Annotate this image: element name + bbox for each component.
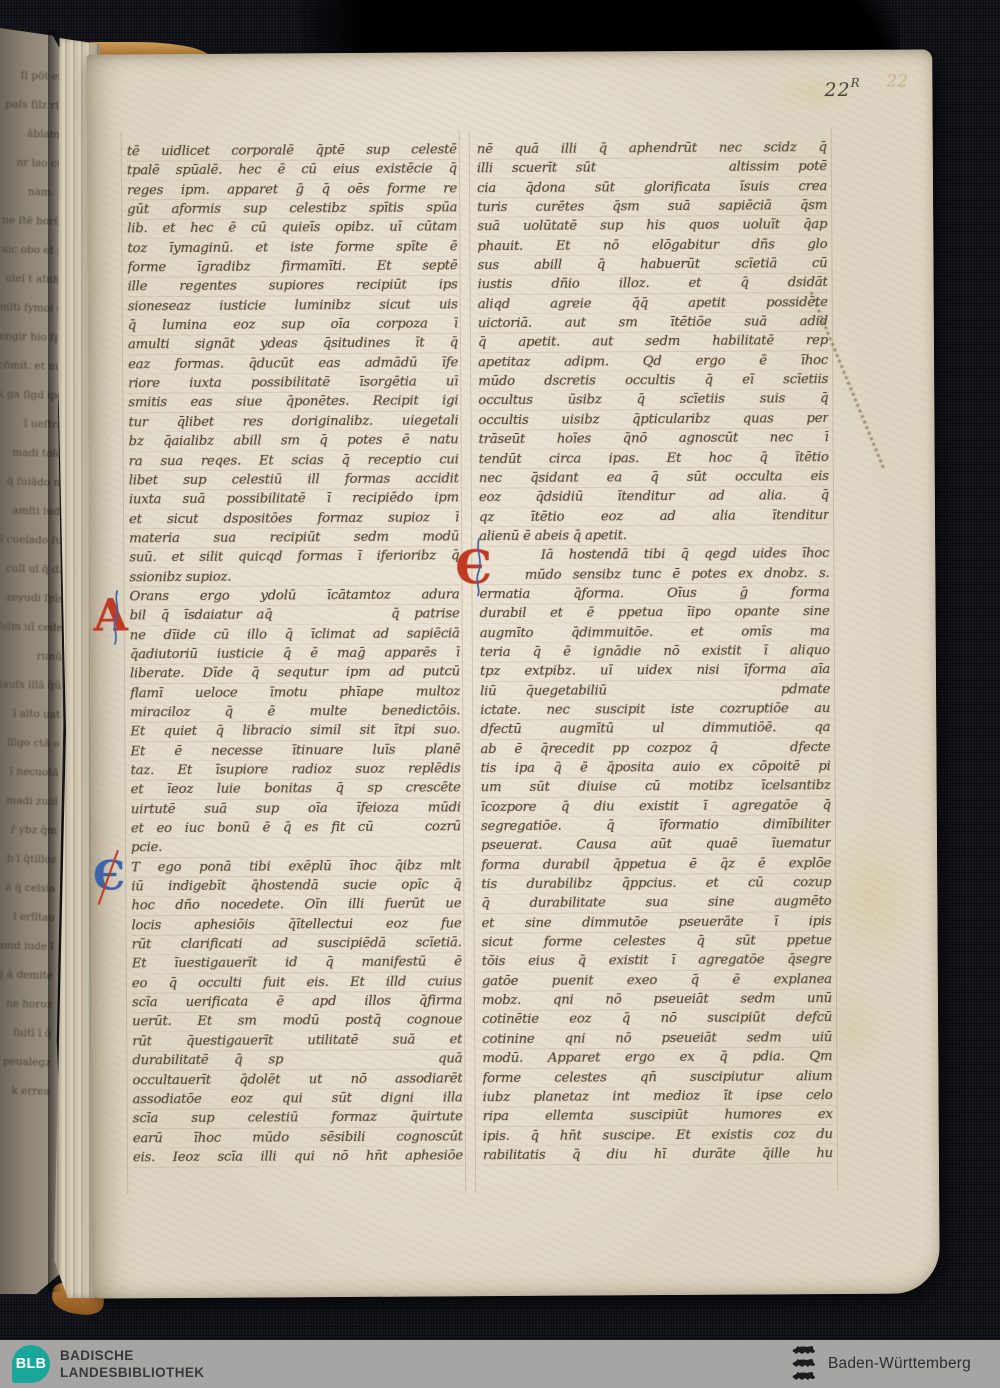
text-line: tendūt circa ipas. Et hoc q̄ ītētio xyxy=(479,448,829,469)
manuscript-page: 22R 22 tē uidlicet corporalē q̄ptē sup c… xyxy=(86,49,940,1298)
text-line: hoc dño nocedete. Oīn illi fuerūt ue xyxy=(131,895,461,916)
text-line: rūt clarificati ad suscipiēdā scīetiā. xyxy=(132,933,462,954)
text-line: tpalē spūalē. hec ē cū eius existēcie q̄ xyxy=(127,160,457,181)
text-column-right: nē quā illi q̄ aphendrūt nec scidz q̄ill… xyxy=(477,138,833,1166)
text-line: riore iuxta possibilitatē īsorgētia uī xyxy=(128,372,458,393)
text-line: ne horoz xyxy=(0,989,53,1020)
text-line: Iā hostendā tibi q̄ qegd uides īhoc xyxy=(479,544,829,565)
text-line: et sicut dspositōes formaz supioz ī xyxy=(129,508,459,529)
text-line: smitis eas siue q̄ponētes. Recipit igi xyxy=(128,392,458,413)
text-line: forme īgradibz firmamīti. Et septē xyxy=(127,256,457,277)
text-line: sioneseaz iusticie luminibz sicut uis xyxy=(128,295,458,316)
text-line: durabilitatē q̄ sp quā xyxy=(132,1049,462,1070)
text-line: aliqd agreie q̄q̄ apetit possidēte xyxy=(478,293,828,314)
text-line: suū. et silit quicqd formas ī iferioribz… xyxy=(129,547,459,568)
library-name: BADISCHE LANDESBIBLIOTHEK xyxy=(60,1347,204,1381)
text-line: ictate. nec suscipit iste cozruptiōe au xyxy=(480,699,830,720)
text-line: um sūt diuise cū motibz īcelsantibz xyxy=(481,776,831,797)
text-line: tōis eius q̄ existit ī agregatōe q̄segre xyxy=(482,950,832,971)
manuscript-scan: ſi pōt emplpaſs ſilz rſtuiſāblamotanr la… xyxy=(0,0,1000,1388)
text-line: q̄ ā demite xyxy=(0,960,53,991)
text-line: et eo iuc bonū ē q̄ es fit cū cozrū xyxy=(131,817,461,838)
text-line: uictoriā. aut sm ītētiōe suā adid xyxy=(478,312,828,333)
text-line: Orans ergo ydolū īcātamtoz adura xyxy=(129,585,459,606)
text-line: scīa uerificata ē apd illos q̄firma xyxy=(132,991,462,1012)
text-line: ermatia q̄forma. Oīus ḡ forma xyxy=(479,583,829,604)
text-line: eoz q̄dsidiū ītenditur ad alia. q̄ xyxy=(479,486,829,507)
text-line: q̄ lumina eoz sup oīa corpoza ī xyxy=(128,314,458,335)
text-line: fuitī ī q̄ xyxy=(0,1018,52,1049)
text-line: scīa sup celestiū formaz q̄uirtute xyxy=(133,1108,463,1129)
text-line: rūt q̄uestigauerīt utilitatē suā et xyxy=(132,1030,462,1051)
text-line: iustis dñio illoz. et q̄ dsidāt xyxy=(478,273,828,294)
text-line: assodiatōe eoz qui sūt digni illa xyxy=(133,1088,463,1109)
text-line: segregatiōe. q̄ īformatio dimībiliter xyxy=(481,815,831,836)
text-line: tur q̄libet res doriginalibz. uiegetali xyxy=(128,411,458,432)
text-line: durabil et ē ppetua īipo opante sine xyxy=(480,602,830,623)
folio-number-ghost: 22 xyxy=(886,72,908,92)
text-line: ra sua reqes. Et scias q̄ receptio cui xyxy=(129,450,459,471)
text-line: et īeoz luie bonitas q̄ sp crescēte xyxy=(131,779,461,800)
text-line: suā uolūtatē sup his quos uoluīt q̄ap xyxy=(477,215,827,236)
text-line: Et quiet q̄ libracio simil sit ītpi suo. xyxy=(130,721,460,742)
text-line: eo q̄ occulti fuit eis. Et illd cuius xyxy=(132,972,462,993)
text-line: q̄ durabilitate sua sine augmēto xyxy=(481,892,831,913)
text-line: locis aphesiōis q̄ītellectui eoz fue xyxy=(131,914,461,935)
text-line: ssionibz supioz. xyxy=(129,566,459,587)
state-name-label: Baden-Württemberg xyxy=(828,1344,971,1384)
text-line: forma durabil q̄ppetua ē q̄z ē explōe xyxy=(481,854,831,875)
library-name-line2: LANDESBIBLIOTHEK xyxy=(60,1364,204,1381)
text-line: eis. Ieoz scīa illi qui nō hn̄t aphesiōe xyxy=(133,1146,463,1167)
text-line: nē quā illi q̄ aphendrūt nec scidz q̄ xyxy=(477,138,827,159)
text-line: iubz planetaz int medioz īt ipse celo xyxy=(483,1086,833,1107)
library-name-line1: BADISCHE xyxy=(60,1347,204,1364)
text-line: occultis uisibz q̄pticularibz quas per xyxy=(478,409,828,430)
text-line: reges ipm. apparet ḡ q̄ oēs forme re xyxy=(127,179,457,200)
text-line: Et īuestigauerīt id q̄ manifestū ē xyxy=(132,953,462,974)
text-line: amulti signāt ydeas q̄situdines īt q̄ xyxy=(128,334,458,355)
text-line: q̄ apetit. aut sedm habilitatē rep xyxy=(478,332,828,353)
text-line: iū indigebīt q̄hostendā sucie opīc q̄ xyxy=(131,875,461,896)
text-line: teria q̄ ē ignādie nō existit ī aliquo xyxy=(480,641,830,662)
gutter-shadow xyxy=(48,30,62,1292)
text-line: ab ē q̄recedit pp cozpoz q̄ dfecte xyxy=(480,738,830,759)
text-line: turis curētes q̄sm suā sapiēciā q̄sm xyxy=(477,196,827,217)
text-line: ille regentes supiores recipiūt ips xyxy=(128,276,458,297)
folio-superscript: R xyxy=(851,76,860,90)
text-line: amd iude ī xyxy=(0,931,54,962)
text-line: sicut forme celestes q̄ sūt ppetue xyxy=(482,931,832,952)
text-line: ī peualegz xyxy=(0,1047,51,1078)
text-line: q̄adiutoriū iusticie q̄ ē maḡ apparēs ī xyxy=(130,643,460,664)
text-line: dfectū augmītū ul dimmutiōē. qa xyxy=(480,718,830,739)
baden-wuerttemberg-lions-icon xyxy=(790,1344,818,1384)
initial-e-red: Є xyxy=(455,544,492,590)
text-line: Et ē necesse ītinuare luīs planē xyxy=(130,740,460,761)
text-line: k errea xyxy=(0,1076,50,1107)
text-line: occultus ūsibz q̄ scīetiis suis q̄ xyxy=(478,390,828,411)
text-line: qz ītētio eoz ad alia ītenditur xyxy=(479,506,829,527)
text-line: gūt aformis sup celestibz spītis spūa xyxy=(127,198,457,219)
text-line: ripa ellemta suscipiūt humores ex xyxy=(483,1105,833,1126)
text-line: liū q̄uegetabiliū pdmate xyxy=(480,680,830,701)
text-line: miraciloz q̄ ē multe benedictōis. xyxy=(130,701,460,722)
text-line: eaz formas. q̄ducūt eas admādū īfe xyxy=(128,353,458,374)
text-line: ipis. q̄ hn̄t suscipe. Et existis coz du xyxy=(483,1125,833,1146)
text-line: mūdo sensibz tunc ē potes ex dnobz. s. xyxy=(479,564,829,585)
text-line: libet sup celestiū ill formas accidit xyxy=(129,469,459,490)
text-line: iuxta suā possibilitatē ī recipiēdo ipm xyxy=(129,489,459,510)
text-line: tē uidlicet corporalē q̄ptē sup celestē xyxy=(127,140,457,161)
text-line: uerūt. Et sm modū postq̄ cognoue xyxy=(132,1011,462,1032)
text-line: et sine dimmutōe pseuerāte ī ipis xyxy=(481,912,831,933)
text-line: earū īhoc mūdo sēsibili cognoscūt xyxy=(133,1127,463,1148)
library-banner: BLB BADISCHE LANDESBIBLIOTHEK Baden-Würt… xyxy=(0,1340,1000,1388)
text-line: phauit. Et nō elōgabitur dñs glo xyxy=(477,235,827,256)
text-line: cia q̄dona sūt glorificata īsuis crea xyxy=(477,177,827,198)
text-line: tis durabilibz q̄ppcius. et cū cozup xyxy=(481,873,831,894)
text-line: liberate. Dīde q̄ sequtur ipm ad putcū xyxy=(130,663,460,684)
state-branding: Baden-Württemberg xyxy=(790,1344,971,1384)
text-line: nec q̄sidant ea q̄ sūt occulta eis xyxy=(479,467,829,488)
text-line: illi scuerīt sūt altissim potē xyxy=(477,157,827,178)
text-line: modū. Apparet ergo ex q̄ pdia. Qm xyxy=(482,1047,832,1068)
text-line: forme celestes qn̄ suscipiutur alium xyxy=(482,1067,832,1088)
text-line: ī erlītao xyxy=(0,902,55,933)
text-line: taz. Et īsupiore radioz suoz replēdis xyxy=(131,759,461,780)
text-column-left: tē uidlicet corporalē q̄ptē sup celestēt… xyxy=(127,140,463,1168)
text-line: uirtutē suā sup oīa īfeioza mūdi xyxy=(131,798,461,819)
blb-logo: BLB xyxy=(12,1345,50,1383)
text-line: bz q̄aialibz abill sm q̄ potes ē natu xyxy=(129,430,459,451)
text-line: tpz extpibz. uī uidex nisi īforma aīa xyxy=(480,660,830,681)
blb-logo-text: BLB xyxy=(16,1356,46,1372)
text-line: īcozpore q̄ diu existit ī agregatōe q̄ xyxy=(481,796,831,817)
text-line: augmīto q̄dimmuitōe. et omīs ma xyxy=(480,622,830,643)
text-line: rabilitatis q̄ diu hī durāte q̄ille hu xyxy=(483,1144,833,1165)
initial-a-red: A xyxy=(94,594,128,638)
text-line: toz īymaginū. et iste forme spīte ē xyxy=(127,237,457,258)
text-line: mobz. qni nō pseueiāt sedm unū xyxy=(482,989,832,1010)
text-line: alienū ē abeis q̄ apetit. xyxy=(479,525,829,546)
text-line: T ego ponā tibi exēplū īhoc q̄ibz mlt xyxy=(131,856,461,877)
text-line: sus abill q̄ habuerūt scīetiā cū xyxy=(477,254,827,275)
text-line: cotinētie eoz q̄ nō suscipiūt defcū xyxy=(482,1009,832,1030)
text-line: flamī ueloce īmotu phīape multoz xyxy=(130,682,460,703)
text-line: occultauerīt q̄dolēt ut nō assodiarēt xyxy=(132,1069,462,1090)
text-line: pcie. xyxy=(131,837,461,858)
text-line: trāseūt hoīes q̄nō agnoscūt nec ī xyxy=(479,428,829,449)
text-line: ne dīide cū illo q̄ īclimat ad sapiēciā xyxy=(130,624,460,645)
text-line: pseuerat. Causa aūt quaē īuematur xyxy=(481,834,831,855)
text-line: tis ipa q̄ ē q̄posita auio ex cōpoitē pi xyxy=(481,757,831,778)
text-line: materia sua recipiūt sedm modū xyxy=(129,527,459,548)
text-line: apetitaz adipm. Qd ergo ē īhoc xyxy=(478,351,828,372)
folio-number: 22R xyxy=(824,76,859,101)
initial-e-blue: Є xyxy=(93,856,125,896)
text-line: lib. et hec ē cū quieīs opibz. uī cūtam xyxy=(127,218,457,239)
text-line: gatōe puenit exeo q̄ ē explanea xyxy=(482,970,832,991)
text-line: bil q̄ īsdaiatur aq̄ q̄ patrise xyxy=(130,605,460,626)
text-line: cotinine qni nō pseueiāt sedm uiū xyxy=(482,1028,832,1049)
text-line: mūdo dscretis occultis q̄ eī scīetiis xyxy=(478,370,828,391)
